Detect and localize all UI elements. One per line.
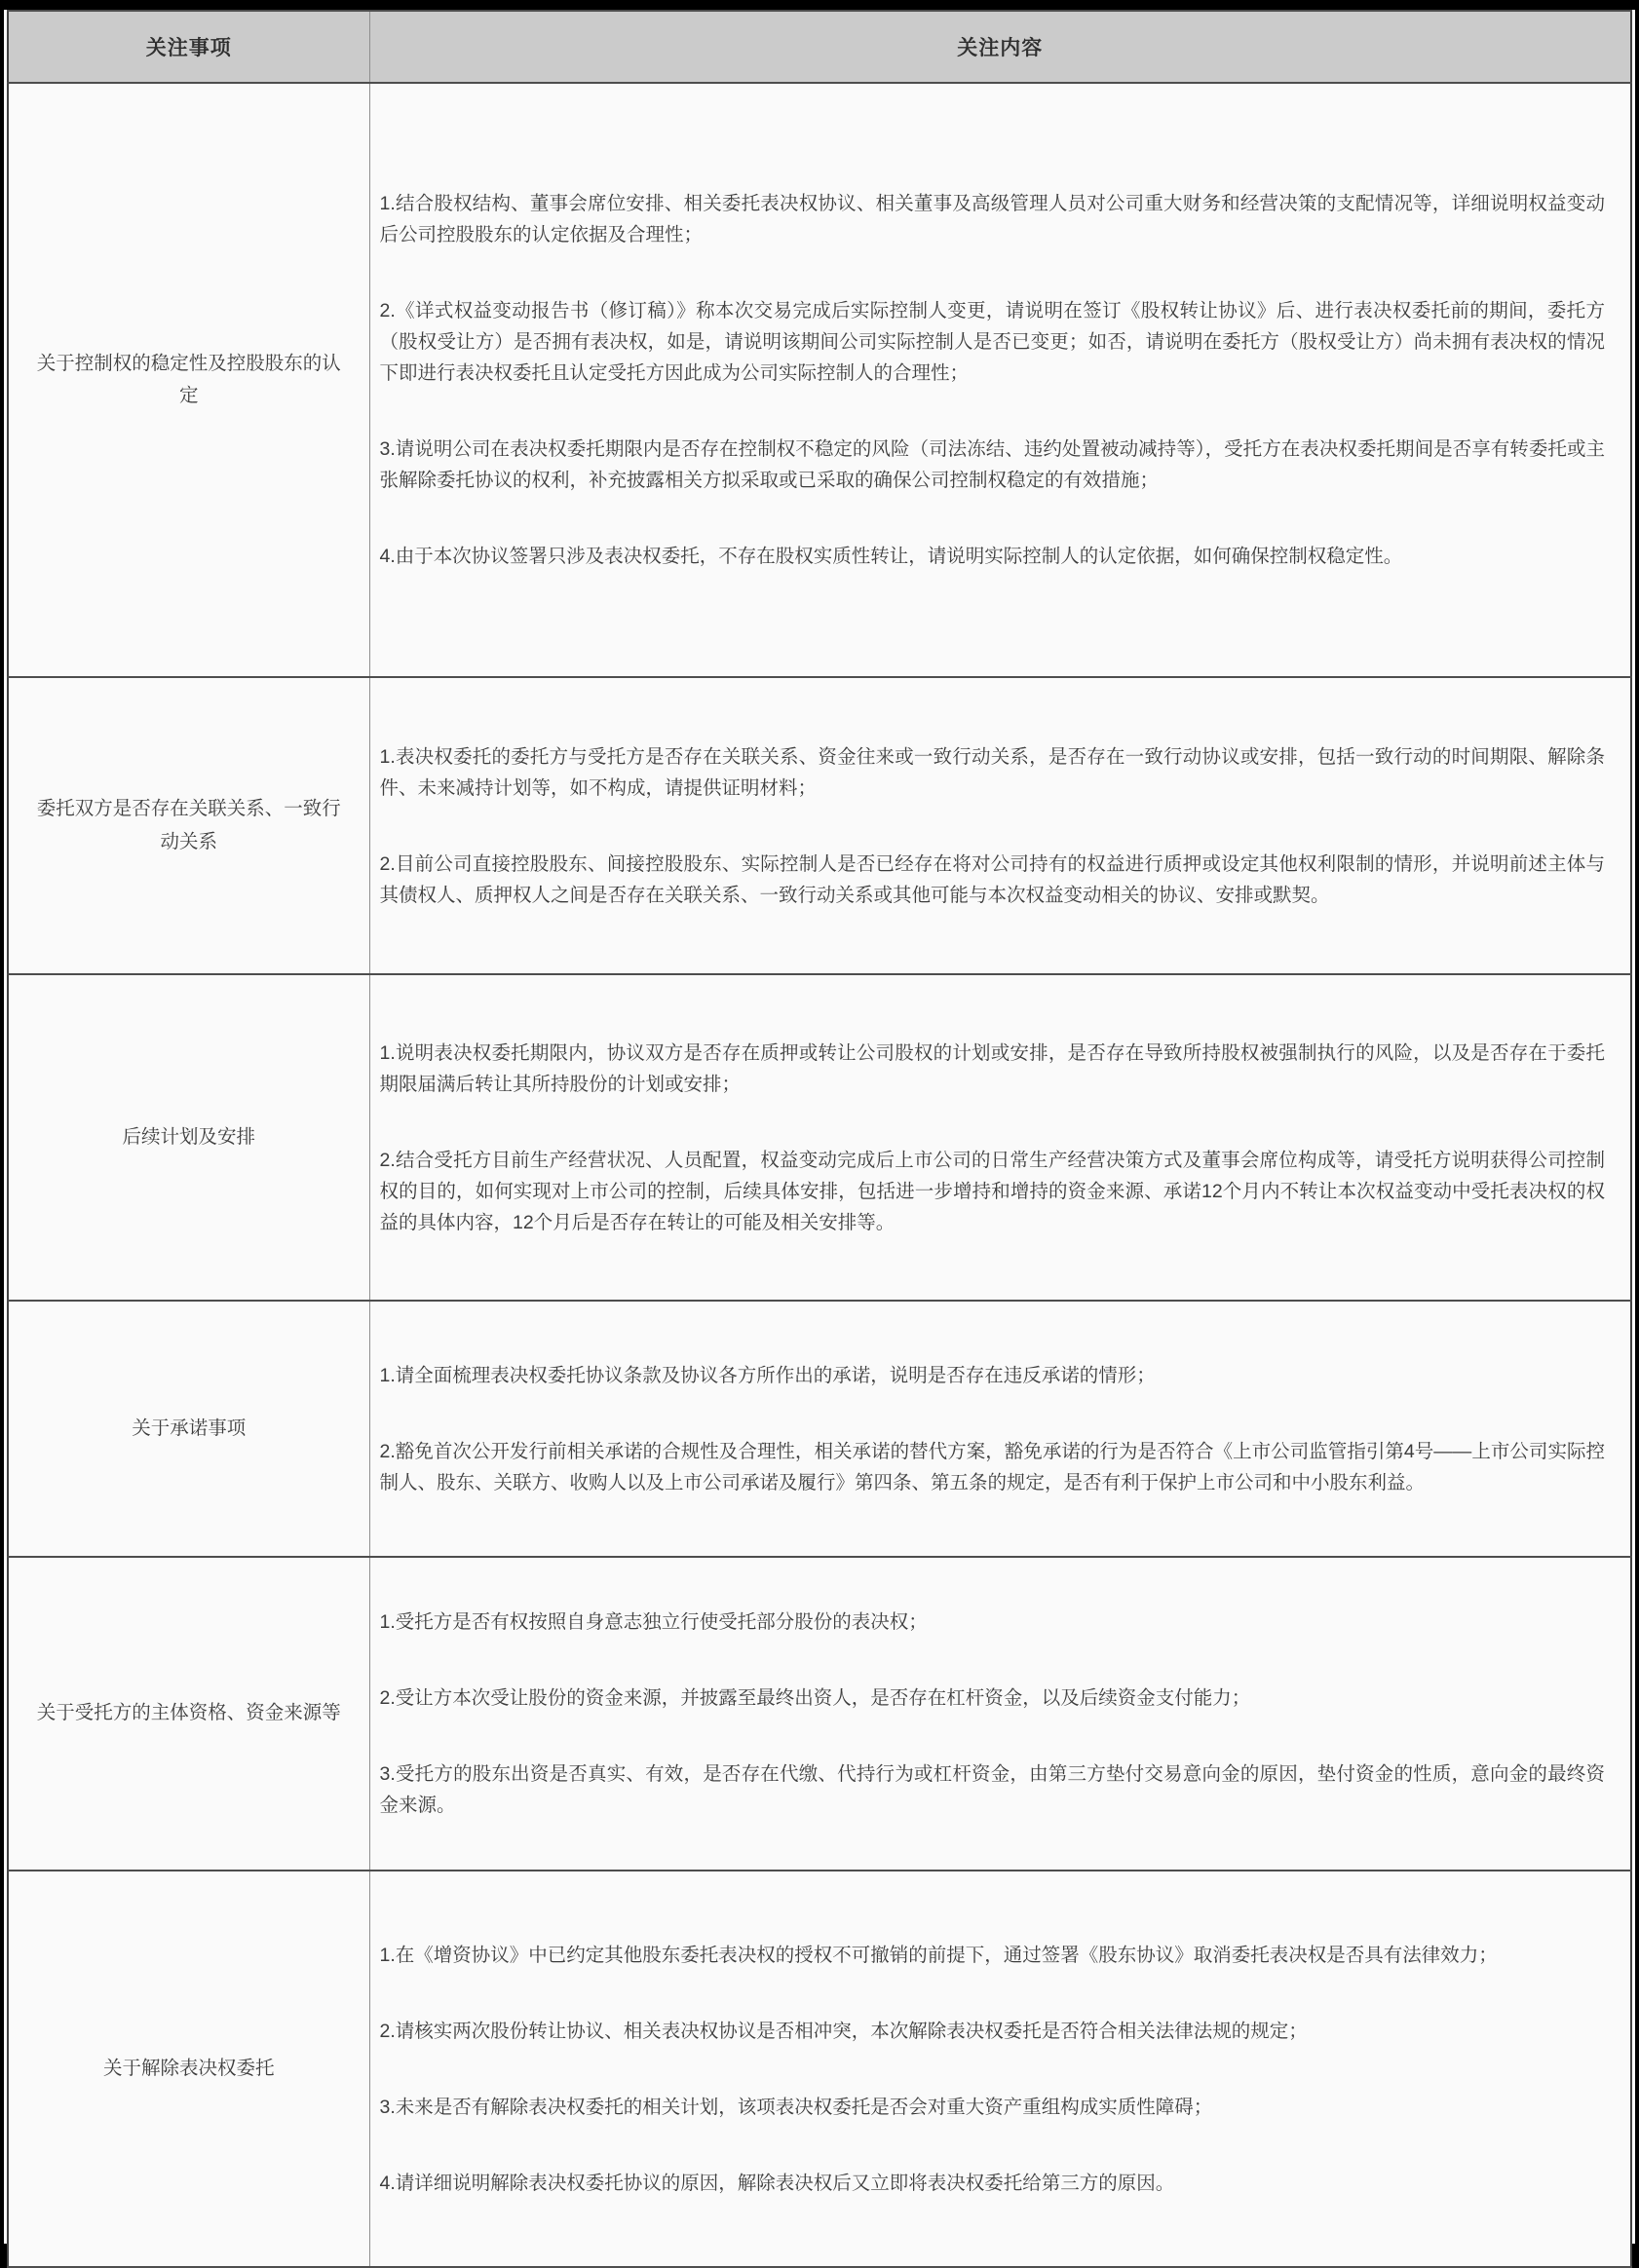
concern-item-label: 关于受托方的主体资格、资金来源等 bbox=[8, 1557, 369, 1871]
table-row: 后续计划及安排 1.说明表决权委托期限内，协议双方是否存在质押或转让公司股权的计… bbox=[8, 974, 1631, 1301]
content-paragraph: 4.请详细说明解除表决权委托协议的原因，解除表决权后又立即将表决权委托给第三方的… bbox=[380, 2168, 1606, 2199]
header-cell-concern-item: 关注事项 bbox=[8, 11, 369, 83]
content-paragraph: 4.由于本次协议签署只涉及表决权委托，不存在股权实质性转让，请说明实际控制人的认… bbox=[380, 541, 1606, 572]
content-paragraph: 1.表决权委托的委托方与受托方是否存在关联关系、资金往来或一致行动关系，是否存在… bbox=[380, 741, 1606, 804]
concern-content-cell: 1.表决权委托的委托方与受托方是否存在关联关系、资金往来或一致行动关系，是否存在… bbox=[369, 677, 1631, 974]
concern-item-label: 委托双方是否存在关联关系、一致行动关系 bbox=[8, 677, 369, 974]
header-cell-concern-content: 关注内容 bbox=[369, 11, 1631, 83]
content-paragraph: 1.请全面梳理表决权委托协议条款及协议各方所作出的承诺，说明是否存在违反承诺的情… bbox=[380, 1360, 1606, 1391]
concern-item-label: 关于解除表决权委托 bbox=[8, 1871, 369, 2267]
concern-item-label: 关于控制权的稳定性及控股股东的认定 bbox=[8, 83, 369, 677]
table-row: 关于控制权的稳定性及控股股东的认定 1.结合股权结构、董事会席位安排、相关委托表… bbox=[8, 83, 1631, 677]
concern-table: 关注事项 关注内容 关于控制权的稳定性及控股股东的认定 1.结合股权结构、董事会… bbox=[7, 10, 1632, 2268]
table-row: 关于受托方的主体资格、资金来源等 1.受托方是否有权按照自身意志独立行使受托部分… bbox=[8, 1557, 1631, 1871]
content-paragraph: 1.受托方是否有权按照自身意志独立行使受托部分股份的表决权； bbox=[380, 1606, 1606, 1638]
content-paragraph: 1.说明表决权委托期限内，协议双方是否存在质押或转让公司股权的计划或安排，是否存… bbox=[380, 1038, 1606, 1100]
content-paragraph: 2.《详式权益变动报告书（修订稿）》称本次交易完成后实际控制人变更，请说明在签订… bbox=[380, 295, 1606, 389]
concern-content-cell: 1.受托方是否有权按照自身意志独立行使受托部分股份的表决权； 2.受让方本次受让… bbox=[369, 1557, 1631, 1871]
content-paragraph: 2.受让方本次受让股份的资金来源，并披露至最终出资人，是否存在杠杆资金，以及后续… bbox=[380, 1682, 1606, 1714]
concern-content-cell: 1.说明表决权委托期限内，协议双方是否存在质押或转让公司股权的计划或安排，是否存… bbox=[369, 974, 1631, 1301]
content-paragraph: 1.结合股权结构、董事会席位安排、相关委托表决权协议、相关董事及高级管理人员对公… bbox=[380, 188, 1606, 250]
content-paragraph: 2.结合受托方目前生产经营状况、人员配置，权益变动完成后上市公司的日常生产经营决… bbox=[380, 1145, 1606, 1238]
concern-content-cell: 1.在《增资协议》中已约定其他股东委托表决权的授权不可撤销的前提下，通过签署《股… bbox=[369, 1871, 1631, 2267]
table-row: 关于承诺事项 1.请全面梳理表决权委托协议条款及协议各方所作出的承诺，说明是否存… bbox=[8, 1301, 1631, 1557]
document-page: 关注事项 关注内容 关于控制权的稳定性及控股股东的认定 1.结合股权结构、董事会… bbox=[4, 10, 1635, 2244]
content-paragraph: 3.受托方的股东出资是否真实、有效，是否存在代缴、代持行为或杠杆资金，由第三方垫… bbox=[380, 1758, 1606, 1821]
content-paragraph: 2.豁免首次公开发行前相关承诺的合规性及合理性，相关承诺的替代方案，豁免承诺的行… bbox=[380, 1436, 1606, 1498]
content-paragraph: 3.未来是否有解除表决权委托的相关计划，该项表决权委托是否会对重大资产重组构成实… bbox=[380, 2092, 1606, 2123]
table-row: 委托双方是否存在关联关系、一致行动关系 1.表决权委托的委托方与受托方是否存在关… bbox=[8, 677, 1631, 974]
content-paragraph: 2.目前公司直接控股股东、间接控股股东、实际控制人是否已经存在将对公司持有的权益… bbox=[380, 849, 1606, 911]
content-paragraph: 3.请说明公司在表决权委托期限内是否存在控制权不稳定的风险（司法冻结、违约处置被… bbox=[380, 434, 1606, 496]
table-row: 关于解除表决权委托 1.在《增资协议》中已约定其他股东委托表决权的授权不可撤销的… bbox=[8, 1871, 1631, 2267]
concern-item-label: 关于承诺事项 bbox=[8, 1301, 369, 1557]
concern-item-label: 后续计划及安排 bbox=[8, 974, 369, 1301]
concern-content-cell: 1.请全面梳理表决权委托协议条款及协议各方所作出的承诺，说明是否存在违反承诺的情… bbox=[369, 1301, 1631, 1557]
table-header-row: 关注事项 关注内容 bbox=[8, 11, 1631, 83]
content-paragraph: 1.在《增资协议》中已约定其他股东委托表决权的授权不可撤销的前提下，通过签署《股… bbox=[380, 1940, 1606, 1971]
concern-content-cell: 1.结合股权结构、董事会席位安排、相关委托表决权协议、相关董事及高级管理人员对公… bbox=[369, 83, 1631, 677]
content-paragraph: 2.请核实两次股份转让协议、相关表决权协议是否相冲突，本次解除表决权委托是否符合… bbox=[380, 2016, 1606, 2047]
